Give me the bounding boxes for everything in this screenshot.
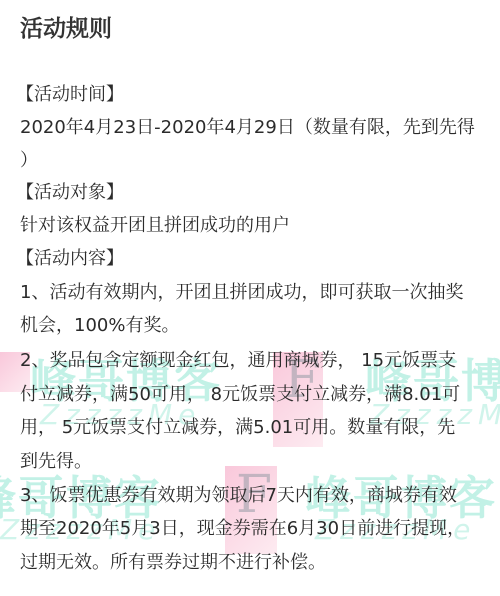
rule-1-line-2: 机会，100%有奖。 (20, 313, 179, 339)
section-header-content: 【活动内容】 (16, 246, 124, 272)
time-text-line-2: ） (20, 148, 38, 174)
section-header-target: 【活动对象】 (16, 180, 124, 206)
rule-2-line-3: 用， 5元饭票支付立减券，满5.01可用。数量有限，先 (20, 415, 455, 441)
rule-3-line-2: 期至2020年5月3日，现金券需在6月30日前进行提现， (20, 516, 465, 542)
rule-3-line-1: 3、饭票优惠券有效期为领取后7天内有效，商城券有效 (20, 483, 457, 509)
section-header-time: 【活动时间】 (16, 82, 124, 108)
rule-1-line-1: 1、活动有效期内，开团且拼团成功，即可获取一次抽奖 (20, 280, 463, 306)
time-text-line-1: 2020年4月23日-2020年4月29日（数量有限，先到先得 (20, 115, 475, 141)
rule-3-line-3: 过期无效。所有票券过期不进行补偿。 (20, 550, 326, 576)
rule-2-line-2: 付立减券，满50可用， 8元饭票支付立减券，满8.01可 (20, 382, 460, 408)
rule-2-line-4: 到先得。 (20, 449, 92, 475)
target-text: 针对该权益开团且拼团成功的用户 (20, 213, 290, 239)
rule-2-line-1: 2、奖品包含定额现金红包，通用商城券， 15元饭票支 (20, 348, 456, 374)
page-title: 活动规则 (20, 10, 112, 43)
